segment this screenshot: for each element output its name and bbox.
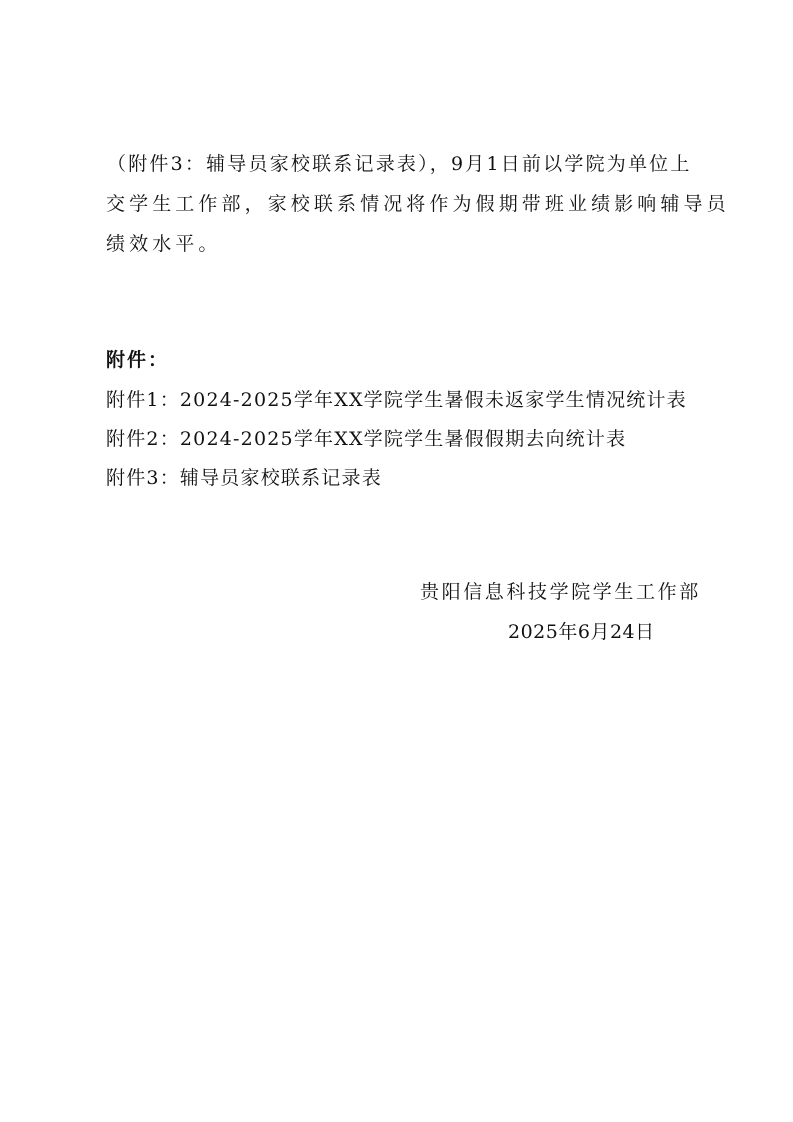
- signature-date: 2025年6月24日: [508, 620, 655, 644]
- attachment-title: 2024-2025学年XX学院学生暑假未返家学生情况统计表: [180, 389, 687, 411]
- signature-organization: 贵阳信息科技学院学生工作部: [420, 580, 701, 604]
- attachment-title: 2024-2025学年XX学院学生暑假假期去向统计表: [180, 428, 626, 450]
- attachment-label: 附件2：: [106, 428, 180, 450]
- paragraph-line-1: （附件3：辅导员家校联系记录表），9月1日前以学院为单位上: [107, 152, 692, 176]
- attachment-label: 附件3：: [106, 467, 180, 489]
- attachments-heading: 附件：: [106, 348, 169, 372]
- document-page: （附件3：辅导员家校联系记录表），9月1日前以学院为单位上 交学生工作部，家校联…: [0, 0, 793, 1122]
- attachment-item-3: 附件3：辅导员家校联系记录表: [106, 466, 382, 490]
- paragraph-line-2: 交学生工作部，家校联系情况将作为假期带班业绩影响辅导员: [106, 192, 730, 216]
- attachment-item-1: 附件1：2024-2025学年XX学院学生暑假未返家学生情况统计表: [106, 388, 687, 412]
- attachment-label: 附件1：: [106, 389, 180, 411]
- paragraph-line-3: 绩效水平。: [106, 232, 222, 256]
- attachment-title: 辅导员家校联系记录表: [180, 467, 382, 489]
- attachment-item-2: 附件2：2024-2025学年XX学院学生暑假假期去向统计表: [106, 427, 626, 451]
